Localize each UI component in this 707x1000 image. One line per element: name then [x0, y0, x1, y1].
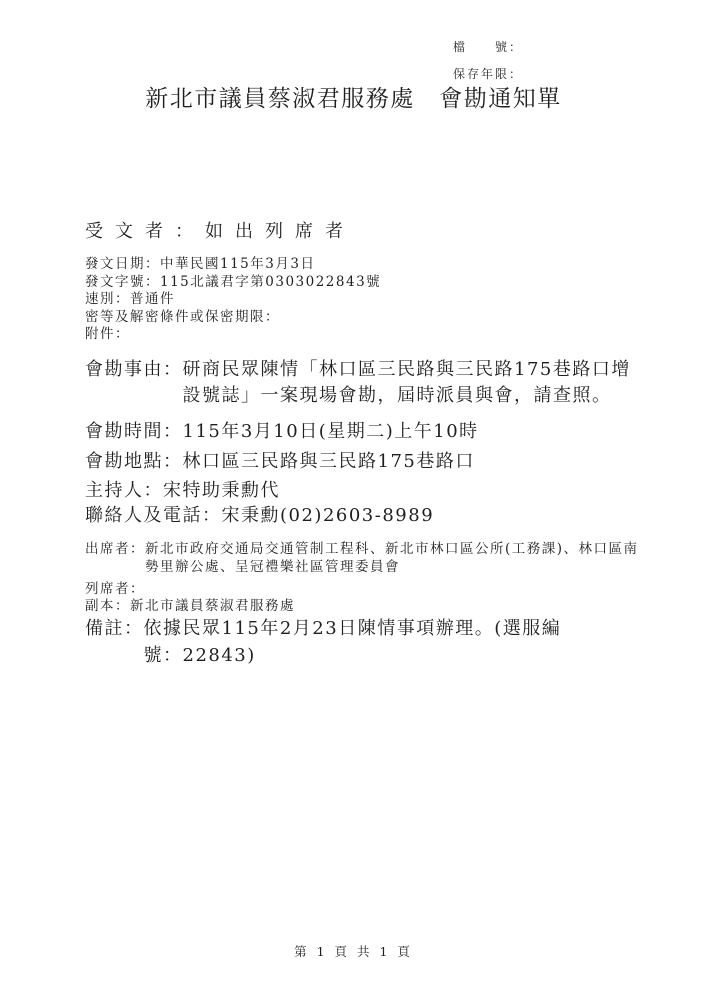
survey-subject-row: 會勘事由： 研商民眾陳情「林口區三民路與三民路175巷路口增設號誌」一案現場會勘…	[85, 357, 633, 409]
remark-row: 備註： 依據民眾115年2月23日陳情事項辦理。(選服編號：22843)	[85, 615, 594, 669]
page-number-footer: 第 1 頁 共 1 頁	[0, 942, 707, 960]
remark-text: 依據民眾115年2月23日陳情事項辦理。(選服編號：22843)	[144, 615, 594, 669]
survey-subject-label: 會勘事由：	[85, 357, 183, 383]
speed-class-line: 速別：普通件	[85, 291, 381, 309]
issue-date-line: 發文日期：中華民國115年3月3日	[85, 256, 381, 274]
carbon-copy-line: 副本：新北市議員蔡淑君服務處	[85, 594, 295, 614]
doc-title: 新北市議員蔡淑君服務處 會勘通知單	[0, 80, 707, 113]
host-line: 主持人：宋特助秉勳代	[85, 476, 280, 502]
contact-phone-line: 聯絡人及電話：宋秉勳(02)2603-8989	[85, 501, 434, 527]
survey-time-line: 會勘時間：115年3月10日(星期二)上午10時	[85, 417, 479, 443]
attendees-label: 出席者：	[85, 541, 145, 559]
file-number-label: 檔 號：	[453, 34, 523, 61]
doc-number-line: 發文字號：115北議君字第0303022843號	[85, 274, 381, 292]
attachment-line: 附件：	[85, 326, 381, 344]
attendees-row: 出席者： 新北市政府交通局交通管制工程科、新北市林口區公所(工務課)、林口區南勢…	[85, 541, 645, 576]
security-class-line: 密等及解密條件或保密期限：	[85, 309, 381, 327]
remark-label: 備註：	[85, 615, 144, 642]
recipient-line: 受文者：如出列席者	[85, 217, 355, 243]
survey-subject-text: 研商民眾陳情「林口區三民路與三民路175巷路口增設號誌」一案現場會勘，屆時派員與…	[183, 357, 633, 409]
attendees-text: 新北市政府交通局交通管制工程科、新北市林口區公所(工務課)、林口區南勢里辦公處、…	[145, 541, 645, 576]
survey-location-line: 會勘地點：林口區三民路與三民路175巷路口	[85, 447, 475, 473]
document-page: 檔 號： 保存年限： 新北市議員蔡淑君服務處 會勘通知單 受文者：如出列席者 發…	[0, 0, 707, 1000]
meta-block: 發文日期：中華民國115年3月3日 發文字號：115北議君字第030302284…	[85, 256, 381, 344]
